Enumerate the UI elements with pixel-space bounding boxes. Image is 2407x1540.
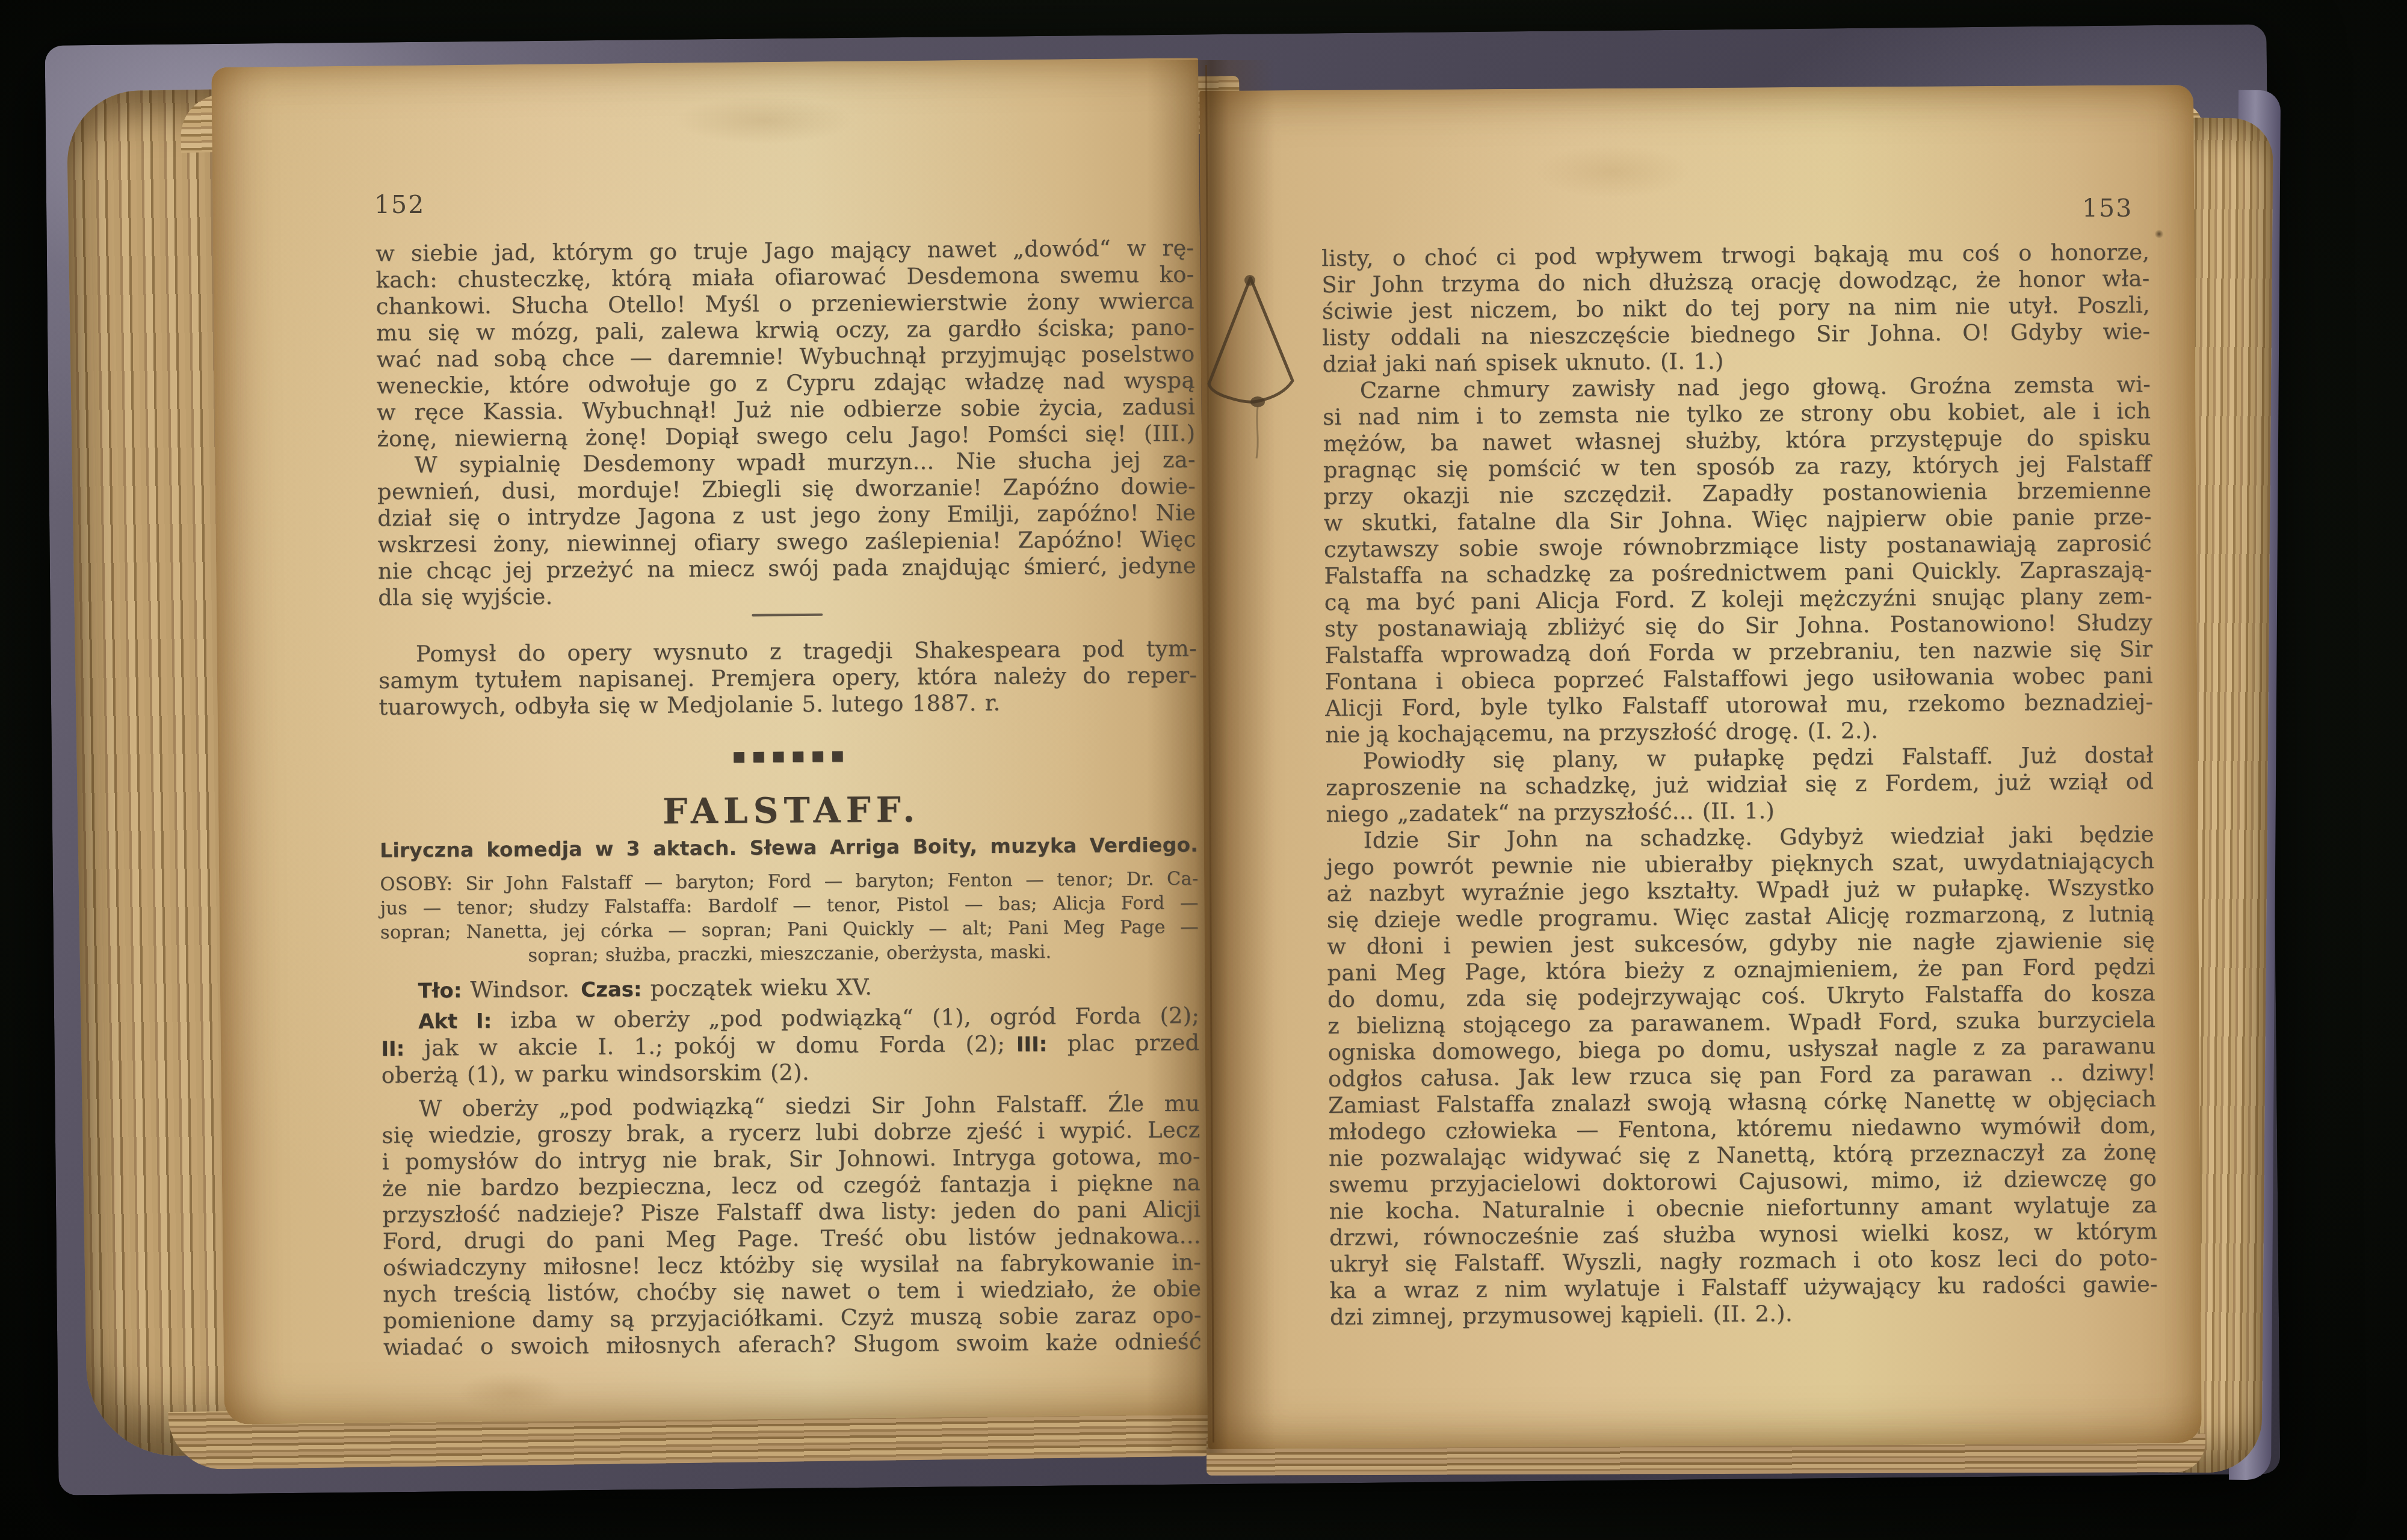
section-divider <box>752 614 823 617</box>
paragraph: Pomysł do opery wysnuto z tragedji Shake… <box>379 635 1197 720</box>
paragraph: listy, o choć ci pod wpływem trwogi bąka… <box>1321 239 2151 378</box>
opera-title: FALSTAFF. <box>379 788 1197 832</box>
text-line: Tło: Windsor. Czas: początek wieku XV. <box>381 972 1199 1004</box>
book-photo: 152 153 w siebie jad, którym go truje Ja… <box>0 0 2407 1540</box>
text-line: oberżą (1), w parku windsorskim (2). <box>382 1056 1200 1088</box>
text-line: tuarowych, odbyła się w Medjolanie 5. lu… <box>379 688 1197 720</box>
paragraph: W sypialnię Desdemony wpadł murzyn... Ni… <box>377 446 1196 611</box>
right-text-column: listy, o choć ci pod wpływem trwogi bąka… <box>1321 239 2158 1331</box>
paragraph: W oberży „pod podwiązką“ siedzi Sir John… <box>382 1090 1202 1360</box>
opera-subtitle: Liryczna komedja w 3 aktach. Słewa Arrig… <box>380 831 1198 863</box>
bold-label: Czas: <box>581 978 642 1002</box>
right-page-number: 153 <box>2082 194 2133 223</box>
text-line: dla się wyjście. <box>378 579 1196 611</box>
bold-label: Akt I: <box>418 1009 492 1034</box>
text-line: II: jak w akcie I. 1.; pokój w domu Ford… <box>381 1029 1199 1062</box>
bold-label: II: <box>381 1037 404 1061</box>
paragraph: w siebie jad, którym go truje Jago mając… <box>375 235 1195 452</box>
paragraph: Tło: Windsor. Czas: początek wieku XV. <box>381 972 1199 1004</box>
paragraph: Powiodły się plany, w pułapkę pędzi Fals… <box>1326 742 2154 828</box>
left-page-number: 152 <box>374 190 425 219</box>
left-text-column: w siebie jad, którym go truje Jago mając… <box>375 235 1202 1361</box>
bold-label: Tło: <box>418 979 462 1003</box>
cast-list: OSOBY: Sir John Falstaff — baryton; Ford… <box>380 867 1199 969</box>
bold-label: III: <box>1016 1032 1048 1056</box>
paragraph: Czarne chmury zawisły nad jego głową. Gr… <box>1323 371 2154 748</box>
ornament-squares: ■■■■■■ <box>379 745 1197 767</box>
paragraph: Idzie Sir John na schadzkę. Gdybyż wiedz… <box>1326 821 2158 1331</box>
paragraph: Akt I: izba w oberży „pod podwiązką“ (1)… <box>381 1002 1200 1088</box>
